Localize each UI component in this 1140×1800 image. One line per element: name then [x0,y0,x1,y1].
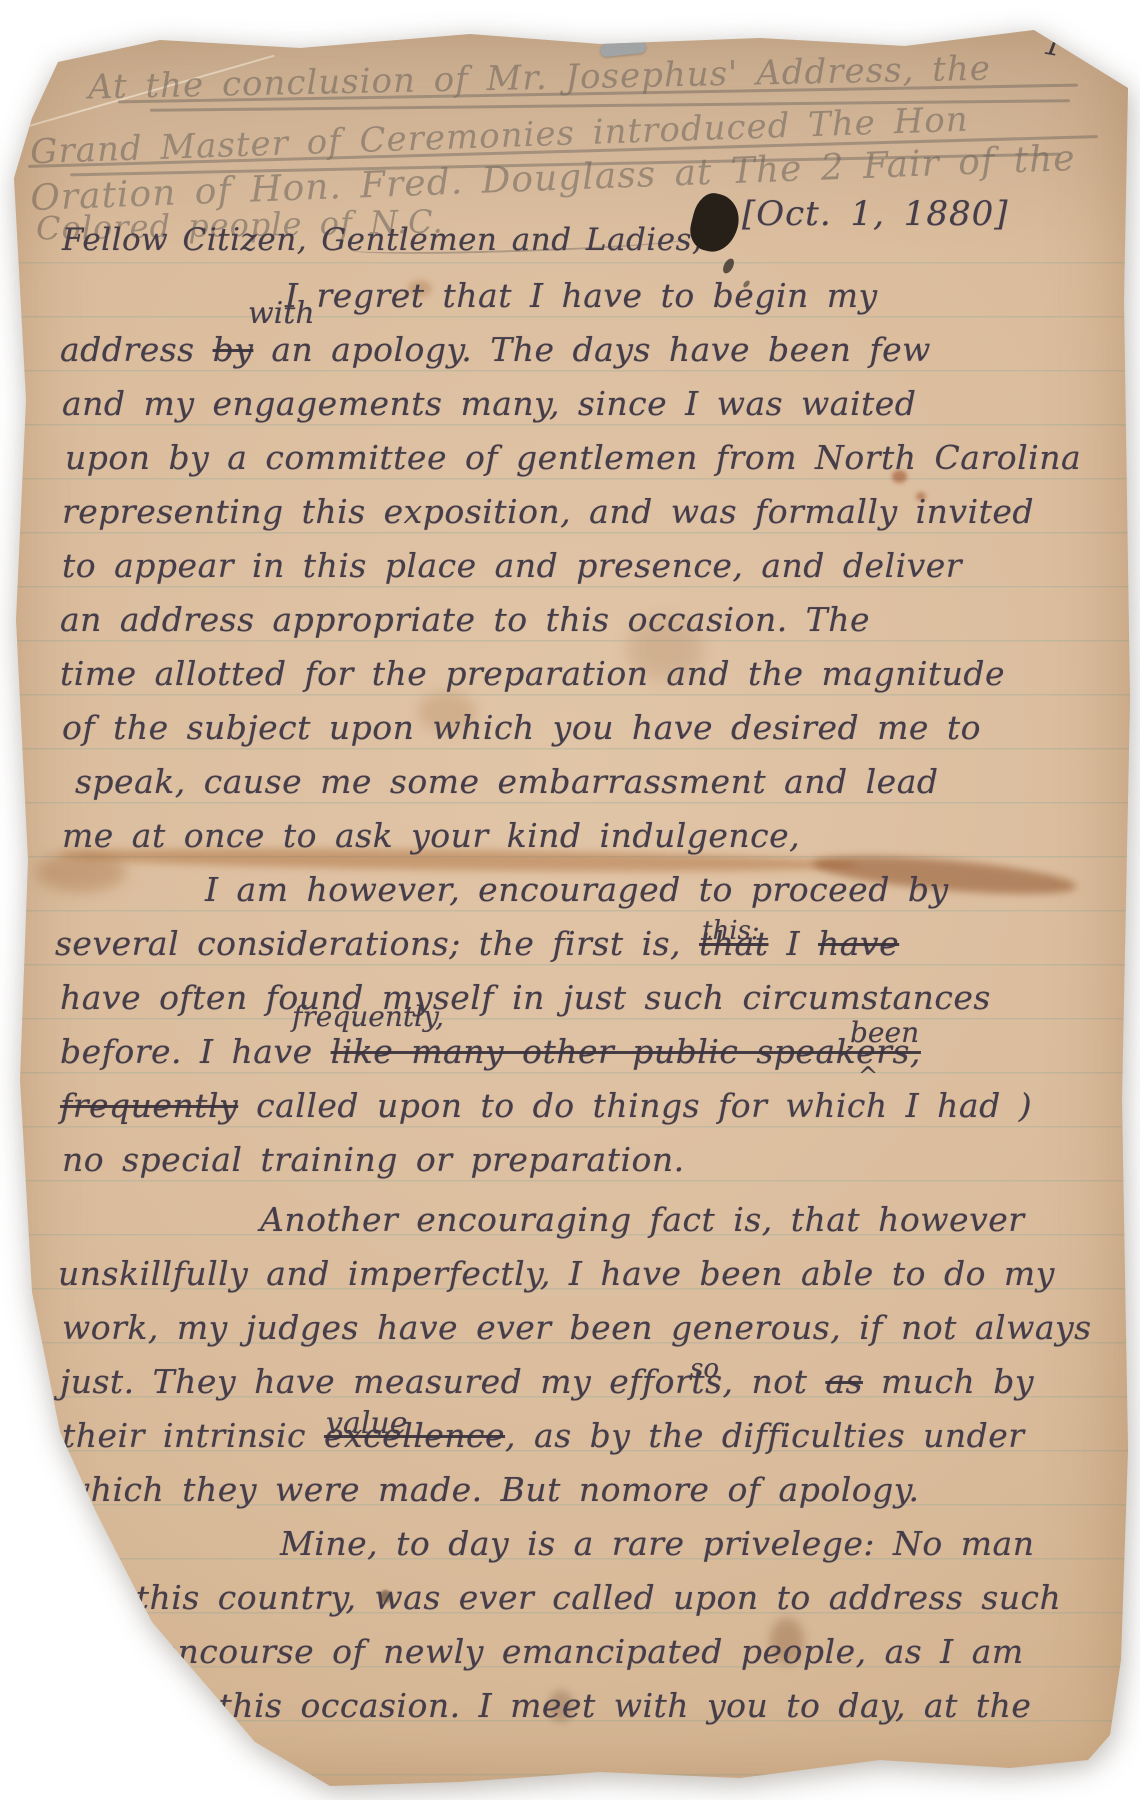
handwriting-segment: which they were made. But nomore of apol… [62,1470,920,1509]
handwriting-segment: much by [863,1362,1034,1401]
inserted-word: value [326,1406,408,1441]
handwriting-segment: Another encouraging fact is, that howeve… [260,1200,1025,1239]
manuscript-line: I regret that I have to begin my [285,276,878,315]
manuscript-line: before. I have like many other public sp… [60,1032,921,1071]
manuscript-line: I am however, encouraged to proceed by [205,870,949,909]
handwriting-segment: an address appropriate to this occasion.… [60,600,870,639]
handwriting-segment: time allotted for the preparation and th… [60,654,1005,693]
handwriting-segment: to appear in this place and presence, an… [62,546,962,585]
stain-mark [100,1702,150,1740]
handwriting-segment: of the subject upon which you have desir… [62,708,981,747]
caret-mark: ^ [858,1062,878,1090]
manuscript-line: of the subject upon which you have desir… [62,708,981,747]
struck-segment: have [818,924,899,963]
manuscript-line: time allotted for the preparation and th… [60,654,1005,693]
manuscript-line: and my engagements many, since I was wai… [62,384,916,423]
manuscript-line: a concourse of newly emancipated people,… [100,1632,1024,1671]
struck-segment: frequently [60,1086,238,1125]
handwriting-segment: have often found myself in just such cir… [60,978,991,1017]
handwriting-segment: an apology. The days have been few [253,330,931,369]
manuscript-line: upon this occasion. I meet with you to d… [115,1686,1031,1725]
handwriting-segment: a concourse of newly emancipated people,… [100,1632,1024,1671]
paper-shadow: At the conclusion of Mr. Josephus' Addre… [0,0,1140,1800]
manuscript-line: representing this exposition, and was fo… [62,492,1034,531]
handwriting-segment: , as by the difficulties under [505,1416,1025,1455]
manuscript-line: speak, cause me some embarrassment and l… [75,762,939,801]
handwriting-segment: representing this exposition, and was fo… [62,492,1034,531]
scanned-manuscript-page: At the conclusion of Mr. Josephus' Addre… [0,0,1140,1800]
manuscript-line: their intrinsic excellence, as by the di… [62,1416,1025,1455]
manuscript-line: Mine, to day is a rare privelege: No man [280,1524,1034,1563]
handwriting-segment: in this country, was ever called upon to… [85,1578,1061,1617]
handwriting-segment: upon this occasion. I meet with you to d… [115,1686,1031,1725]
handwriting-segment: I regret that I have to begin my [285,276,878,315]
manuscript-line: an address appropriate to this occasion.… [60,600,870,639]
manuscript-line: address by an apology. The days have bee… [60,330,931,369]
inserted-word: with [248,296,315,331]
handwriting-segment: me at once to ask your kind indulgence, [62,816,800,855]
handwriting-segment: I [769,924,819,963]
handwriting-segment: their intrinsic [62,1416,324,1455]
manuscript-line: just. They have measured my efforts, not… [60,1362,1034,1401]
handwriting-segment: upon by a committee of gentlemen from No… [65,438,1081,477]
manuscript-line: upon by a committee of gentlemen from No… [65,438,1081,477]
handwriting-segment: and my engagements many, since I was wai… [62,384,916,423]
handwriting-segment: unskillfully and imperfectly, I have bee… [58,1254,1055,1293]
manuscript-line: have often found myself in just such cir… [60,978,991,1017]
inserted-word: frequently, [292,1000,444,1033]
handwriting-segment: several considerations; the first is, [55,924,699,963]
handwriting-segment: called upon to do things for which I had… [238,1086,1032,1125]
handwriting-segment: speak, cause me some embarrassment and l… [75,762,939,801]
struck-segment: by [213,330,254,369]
manuscript-line: Another encouraging fact is, that howeve… [260,1200,1025,1239]
handwriting-segment: before. I have [60,1032,331,1071]
struck-segment: like many other public speakers, [331,1032,921,1071]
inserted-word: this: [702,916,760,946]
date-annotation: [Oct. 1, 1880] [742,194,1009,234]
manuscript-line: me at once to ask your kind indulgence, [62,816,800,855]
handwriting-segment: I am however, encouraged to proceed by [205,870,949,909]
manuscript-line: which they were made. But nomore of apol… [62,1470,920,1509]
handwriting-segment: address [60,330,213,369]
manuscript-line: in this country, was ever called upon to… [85,1578,1061,1617]
salutation-line: Fellow Citizen, Gentlemen and Ladies, [62,222,702,258]
handwriting-segment: work, my judges have ever been generous,… [62,1308,1092,1347]
handwriting-segment: no special training or preparation. [62,1140,685,1179]
handwriting-segment: Mine, to day is a rare privelege: No man [280,1524,1034,1563]
stain-mark [36,852,126,892]
inserted-word: been [850,1016,919,1049]
manuscript-line: no special training or preparation. [62,1140,685,1179]
manuscript-line: work, my judges have ever been generous,… [62,1308,1092,1347]
manuscript-paper: At the conclusion of Mr. Josephus' Addre… [0,0,1140,1800]
struck-segment: as [825,1362,863,1401]
inserted-word: so [690,1354,719,1384]
manuscript-line: several considerations; the first is, th… [55,924,899,963]
manuscript-line: unskillfully and imperfectly, I have bee… [58,1254,1055,1293]
manuscript-line: to appear in this place and presence, an… [62,546,962,585]
manuscript-line: frequently called upon to do things for … [60,1086,1032,1125]
